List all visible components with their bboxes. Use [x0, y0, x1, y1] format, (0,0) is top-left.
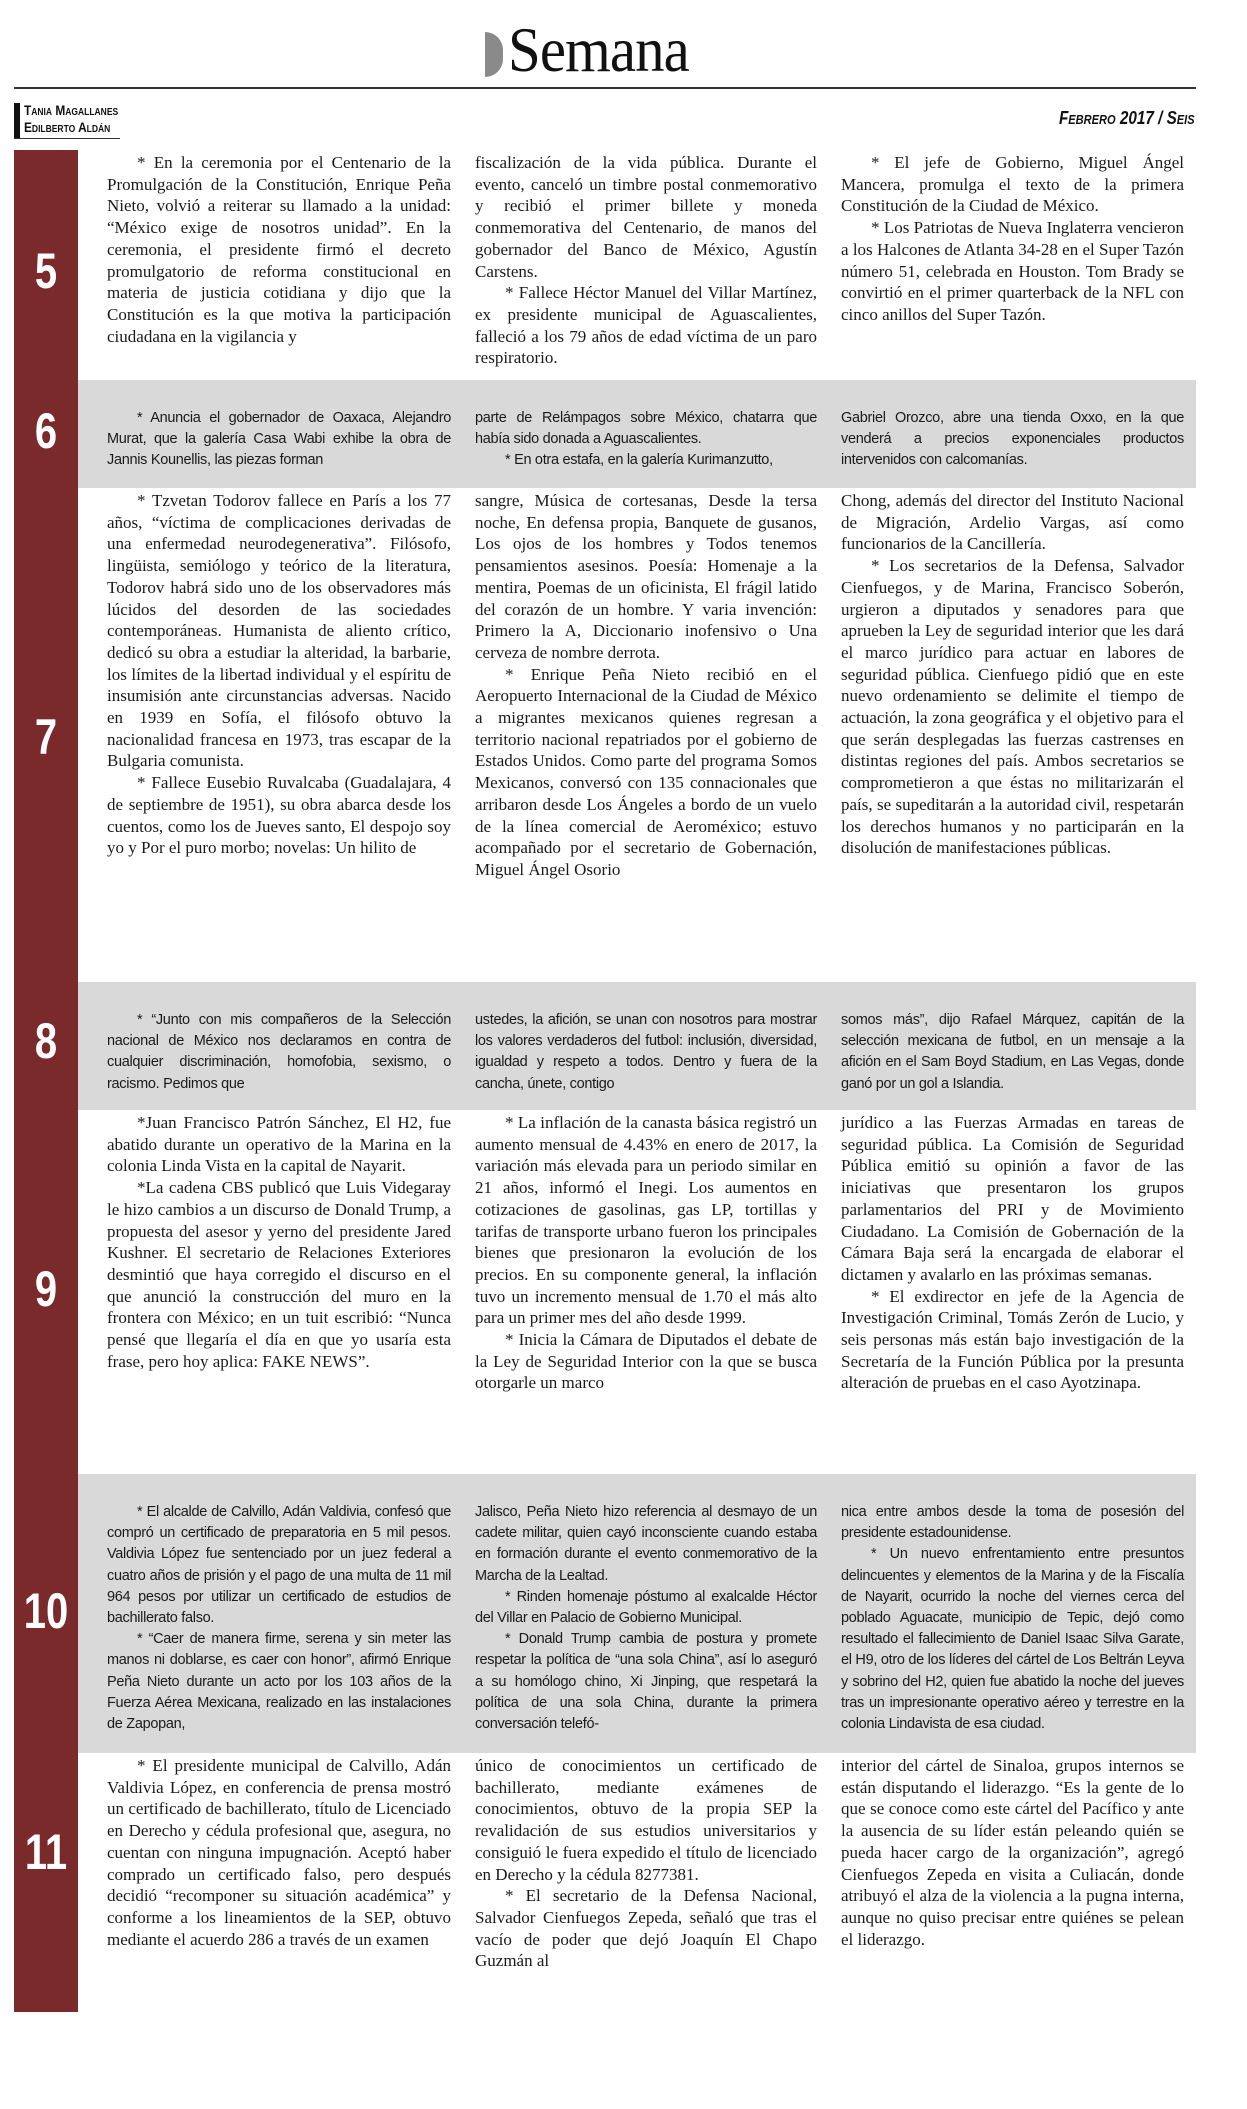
news-item: * Los secretarios de la Defensa, Salvado… [841, 555, 1184, 859]
day-number-bar: 9 [14, 1110, 78, 1474]
text-column: *Juan Francisco Patrón Sánchez, El H2, f… [107, 1112, 451, 1394]
text-column: Gabriel Orozco, abre una tienda Oxxo, en… [841, 408, 1184, 472]
news-item: * Inicia la Cámara de Diputados el debat… [475, 1329, 817, 1394]
text-column: parte de Relámpagos sobre México, chatar… [475, 408, 817, 472]
news-item: parte de Relámpagos sobre México, chatar… [475, 408, 817, 450]
day-section-11: 11* El presidente municipal de Calvillo,… [14, 1753, 1196, 2012]
news-item: * Fallece Eusebio Ruvalcaba (Guadalajara… [107, 772, 451, 859]
text-column: * El presidente municipal de Calvillo, A… [107, 1755, 451, 1972]
masthead: Semana Tania Magallanes Edilberto Aldán … [0, 0, 1247, 88]
day-body: * “Junto con mis compañeros de la Selecc… [78, 982, 1196, 1110]
news-item: ustedes, la afición, se unan con nosotro… [475, 1010, 817, 1095]
column-grid: * En la ceremonia por el Centenario de l… [107, 152, 1188, 369]
text-column: * El jefe de Gobierno, Miguel Ángel Manc… [841, 152, 1184, 369]
news-item: * Anuncia el gobernador de Oaxaca, Aleja… [107, 408, 451, 472]
news-item: jurídico a las Fuerzas Armadas en tareas… [841, 1112, 1184, 1286]
half-circle-logo-icon [485, 32, 503, 77]
text-column: Chong, además del director del Instituto… [841, 490, 1184, 881]
news-item: * En otra estafa, en la galería Kurimanz… [475, 450, 817, 471]
text-column: sangre, Música de cortesanas, Desde la t… [475, 490, 817, 881]
news-item: * Donald Trump cambia de postura y prome… [475, 1629, 817, 1735]
day-number-bar: 5 [14, 150, 78, 380]
news-item: único de conocimientos un certificado de… [475, 1755, 817, 1885]
column-grid: * El presidente municipal de Calvillo, A… [107, 1755, 1188, 1972]
news-item: Chong, además del director del Instituto… [841, 490, 1184, 555]
text-column: fiscalización de la vida pública. Durant… [475, 152, 817, 369]
news-item: *Juan Francisco Patrón Sánchez, El H2, f… [107, 1112, 451, 1177]
byline-bar [14, 103, 20, 139]
news-item: * El jefe de Gobierno, Miguel Ángel Manc… [841, 152, 1184, 217]
column-grid: * Anuncia el gobernador de Oaxaca, Aleja… [107, 408, 1188, 472]
news-item: nica entre ambos desde la toma de posesi… [841, 1502, 1184, 1544]
author-2: Edilberto Aldán [24, 119, 118, 136]
text-column: * En la ceremonia por el Centenario de l… [107, 152, 451, 369]
text-column: interior del cártel de Sinaloa, grupos i… [841, 1755, 1184, 1972]
day-number: 5 [20, 242, 71, 300]
day-section-10: 10* El alcalde de Calvillo, Adán Valdivi… [14, 1474, 1196, 1753]
day-body: * Tzvetan Todorov fallece en París a los… [78, 488, 1196, 982]
text-column: nica entre ambos desde la toma de posesi… [841, 1502, 1184, 1735]
day-body: * El presidente municipal de Calvillo, A… [78, 1753, 1196, 2012]
day-body: * El alcalde de Calvillo, Adán Valdivia,… [78, 1474, 1196, 1753]
text-column: * La inflación de la canasta básica regi… [475, 1112, 817, 1394]
text-column: único de conocimientos un certificado de… [475, 1755, 817, 1972]
news-item: * Fallece Héctor Manuel del Villar Martí… [475, 282, 817, 369]
news-item: * Enrique Peña Nieto recibió en el Aerop… [475, 664, 817, 881]
news-item: interior del cártel de Sinaloa, grupos i… [841, 1755, 1184, 1950]
news-item: Gabriel Orozco, abre una tienda Oxxo, en… [841, 408, 1184, 472]
publication-title: Semana [508, 10, 689, 90]
column-grid: * “Junto con mis compañeros de la Selecc… [107, 1010, 1188, 1095]
day-number: 6 [20, 402, 71, 460]
day-section-6: 6* Anuncia el gobernador de Oaxaca, Alej… [14, 380, 1196, 488]
byline-rule [14, 138, 120, 139]
text-column: * Tzvetan Todorov fallece en París a los… [107, 490, 451, 881]
text-column: * Anuncia el gobernador de Oaxaca, Aleja… [107, 408, 451, 472]
news-item: fiscalización de la vida pública. Durant… [475, 152, 817, 282]
news-item: * Un nuevo enfrentamiento entre presunto… [841, 1544, 1184, 1735]
day-number-bar: 6 [14, 380, 78, 488]
day-number: 8 [20, 1012, 71, 1070]
day-number-bar: 11 [14, 1753, 78, 2012]
day-number: 11 [20, 1823, 71, 1881]
text-column: jurídico a las Fuerzas Armadas en tareas… [841, 1112, 1184, 1394]
day-section-5: 5* En la ceremonia por el Centenario de … [14, 150, 1196, 380]
column-grid: *Juan Francisco Patrón Sánchez, El H2, f… [107, 1112, 1188, 1394]
news-item: sangre, Música de cortesanas, Desde la t… [475, 490, 817, 664]
column-grid: * Tzvetan Todorov fallece en París a los… [107, 490, 1188, 881]
day-number: 10 [20, 1582, 71, 1640]
day-number: 9 [20, 1260, 71, 1318]
text-column: * “Junto con mis compañeros de la Selecc… [107, 1010, 451, 1095]
masthead-rule [14, 87, 1196, 89]
issue-date: Febrero 2017 / Seis [1059, 108, 1195, 129]
day-number-bar: 7 [14, 488, 78, 982]
news-item: * Los Patriotas de Nueva Inglaterra venc… [841, 217, 1184, 326]
day-number-bar: 8 [14, 982, 78, 1110]
day-body: * En la ceremonia por el Centenario de l… [78, 150, 1196, 380]
news-item: * La inflación de la canasta básica regi… [475, 1112, 817, 1329]
day-section-8: 8* “Junto con mis compañeros de la Selec… [14, 982, 1196, 1110]
news-item: * Tzvetan Todorov fallece en París a los… [107, 490, 451, 772]
news-item: Jalisco, Peña Nieto hizo referencia al d… [475, 1502, 817, 1587]
news-item: * Rinden homenaje póstumo al exalcalde H… [475, 1587, 817, 1629]
column-grid: * El alcalde de Calvillo, Adán Valdivia,… [107, 1502, 1188, 1735]
news-item: somos más”, dijo Rafael Márquez, capitán… [841, 1010, 1184, 1095]
day-number: 7 [20, 708, 71, 766]
day-body: *Juan Francisco Patrón Sánchez, El H2, f… [78, 1110, 1196, 1474]
news-item: *La cadena CBS publicó que Luis Videgara… [107, 1177, 451, 1372]
news-item: * El alcalde de Calvillo, Adán Valdivia,… [107, 1502, 451, 1629]
text-column: somos más”, dijo Rafael Márquez, capitán… [841, 1010, 1184, 1095]
news-item: * “Caer de manera firme, serena y sin me… [107, 1629, 451, 1735]
day-section-7: 7* Tzvetan Todorov fallece en París a lo… [14, 488, 1196, 982]
news-item: * El exdirector en jefe de la Agencia de… [841, 1286, 1184, 1395]
day-body: * Anuncia el gobernador de Oaxaca, Aleja… [78, 380, 1196, 488]
news-item: * El presidente municipal de Calvillo, A… [107, 1755, 451, 1950]
author-1: Tania Magallanes [24, 102, 118, 119]
byline: Tania Magallanes Edilberto Aldán [24, 102, 118, 136]
news-item: * El secretario de la Defensa Nacional, … [475, 1885, 817, 1972]
news-item: * En la ceremonia por el Centenario de l… [107, 152, 451, 347]
news-item: * “Junto con mis compañeros de la Selecc… [107, 1010, 451, 1095]
text-column: Jalisco, Peña Nieto hizo referencia al d… [475, 1502, 817, 1735]
text-column: * El alcalde de Calvillo, Adán Valdivia,… [107, 1502, 451, 1735]
day-section-9: 9*Juan Francisco Patrón Sánchez, El H2, … [14, 1110, 1196, 1474]
text-column: ustedes, la afición, se unan con nosotro… [475, 1010, 817, 1095]
day-number-bar: 10 [14, 1474, 78, 1753]
